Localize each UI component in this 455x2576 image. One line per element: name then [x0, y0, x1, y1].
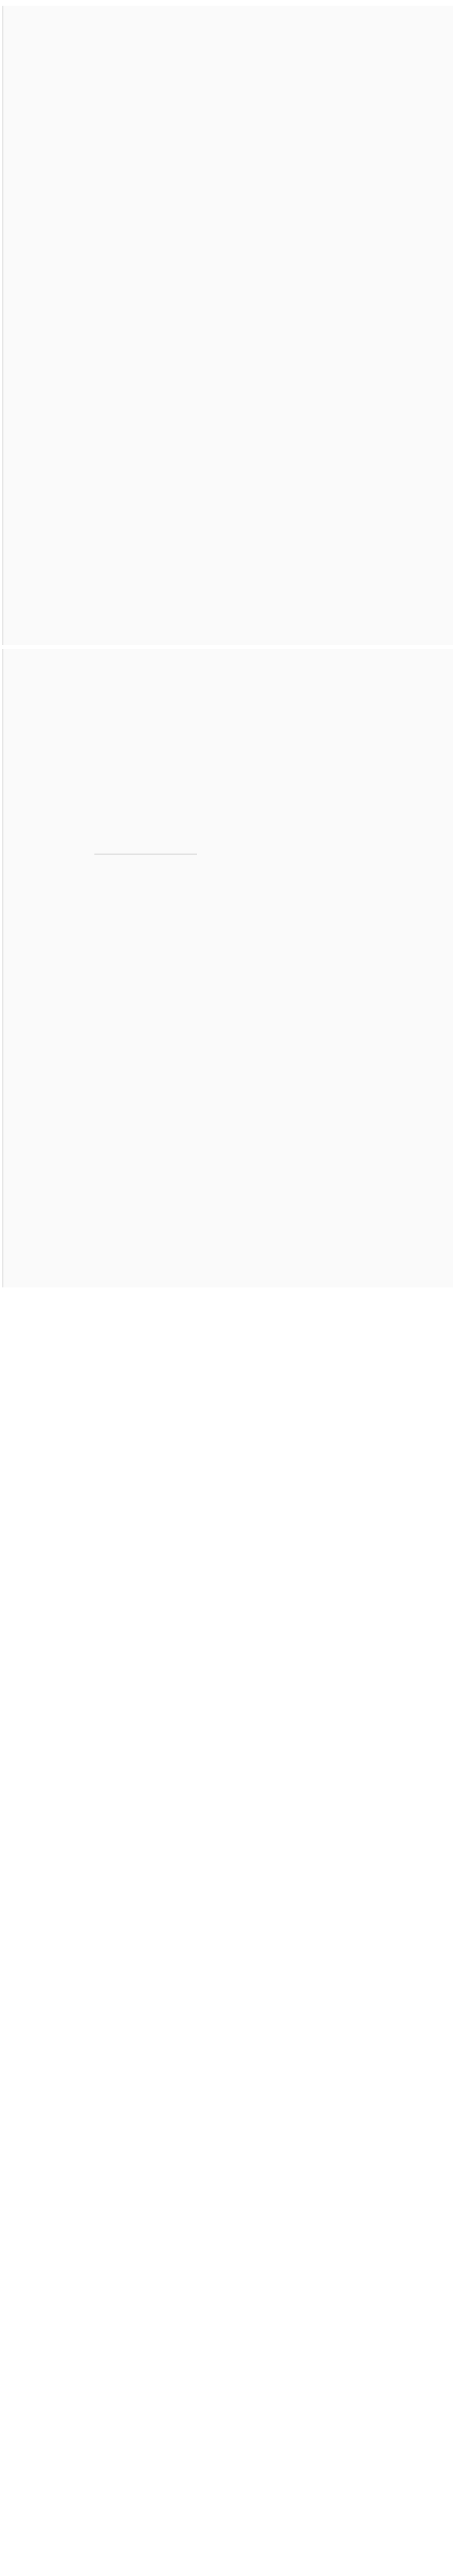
- s2-location: [88, 415, 102, 423]
- s3-1-item-1-value: [88, 535, 92, 543]
- page-1: [2, 6, 453, 645]
- s2-location-value: [88, 415, 102, 423]
- s3-1-item-6-blank: [94, 847, 197, 854]
- page-2: [2, 649, 453, 1287]
- s2-period: [88, 395, 94, 403]
- s3-1-item-2-value: [88, 555, 92, 563]
- s3-1-item-2: [88, 555, 92, 563]
- s3-1-item-6: [90, 847, 197, 856]
- s2-period-value: [88, 395, 94, 403]
- s3-1-item-1: [88, 535, 92, 543]
